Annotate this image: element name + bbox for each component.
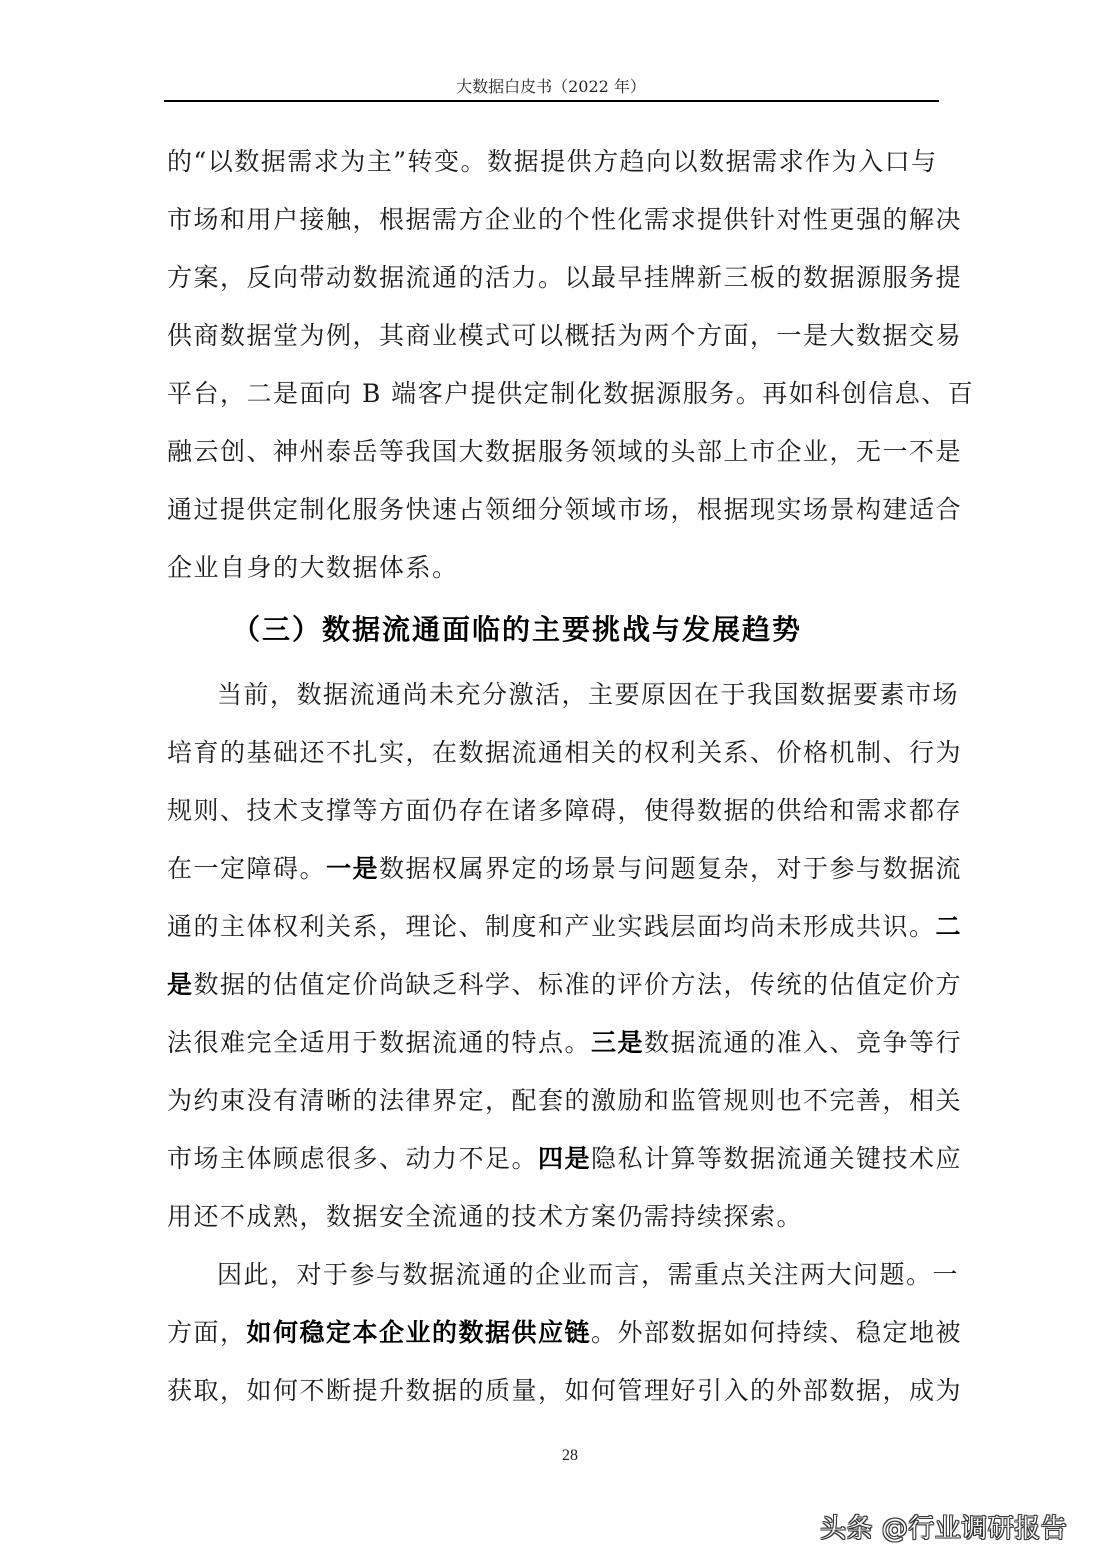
text-run: 在一定障碍。 — [167, 854, 326, 883]
text-line: 的“以数据需求为主”转变。数据提供方趋向以数据需求作为入口与 — [167, 145, 935, 179]
text-run: 隐私计算等数据流通关键技术应 — [591, 1144, 962, 1173]
text-run: 法很难完全适用于数据流通的特点。 — [167, 1028, 591, 1057]
bold-marker: 二 — [936, 912, 963, 941]
bold-marker: 四是 — [538, 1144, 591, 1173]
text-run: 。外部数据如何持续、稳定地被 — [591, 1318, 962, 1347]
text-line: 用还不成熟，数据安全流通的技术方案仍需持续探索。 — [167, 1200, 935, 1234]
text-line: 法很难完全适用于数据流通的特点。三是数据流通的准入、竞争等行 — [167, 1026, 935, 1060]
text-line: 规则、技术支撑等方面仍存在诸多障碍，使得数据的供给和需求都存 — [167, 794, 935, 828]
text-run: 通的主体权利关系，理论、制度和产业实践层面均尚未形成共识。 — [167, 912, 936, 941]
bold-marker: 是 — [167, 970, 194, 999]
text-line: 因此，对于参与数据流通的企业而言，需重点关注两大问题。一 — [167, 1258, 935, 1292]
text-line: 获取，如何不断提升数据的质量，如何管理好引入的外部数据，成为 — [167, 1374, 935, 1408]
text-run: 数据流通的准入、竞争等行 — [644, 1028, 962, 1057]
text-line: 供商数据堂为例，其商业模式可以概括为两个方面，一是大数据交易 — [167, 319, 935, 353]
text-line: 平台，二是面向 B 端客户提供定制化数据源服务。再如科创信息、百 — [167, 377, 935, 411]
header-rule — [164, 100, 939, 102]
page-header: 大数据白皮书（2022 年） — [164, 76, 938, 98]
text-line: 是数据的估值定价尚缺乏科学、标准的评价方法，传统的估值定价方 — [167, 968, 935, 1002]
text-line: 通过提供定制化服务快速占领细分领域市场，根据现实场景构建适合 — [167, 493, 935, 527]
text-line: 企业自身的大数据体系。 — [167, 551, 935, 585]
text-line: 市场主体顾虑很多、动力不足。四是隐私计算等数据流通关键技术应 — [167, 1142, 935, 1176]
bold-phrase: 如何稳定本企业的数据供应链 — [247, 1318, 592, 1347]
text-line: 在一定障碍。一是数据权属界定的场景与问题复杂，对于参与数据流 — [167, 852, 935, 886]
text-run: 方面， — [167, 1318, 247, 1347]
text-line: 市场和用户接触，根据需方企业的个性化需求提供针对性更强的解决 — [167, 203, 935, 237]
text-line: 当前，数据流通尚未充分激活，主要原因在于我国数据要素市场 — [167, 678, 935, 712]
text-line: 为约束没有清晰的法律界定，配套的激励和监管规则也不完善，相关 — [167, 1084, 935, 1118]
text-run: 数据的估值定价尚缺乏科学、标准的评价方法，传统的估值定价方 — [194, 970, 963, 999]
page-number: 28 — [562, 1447, 578, 1465]
text-line: 方案，反向带动数据流通的活力。以最早挂牌新三板的数据源服务提 — [167, 261, 935, 295]
section-heading: （三）数据流通面临的主要挑战与发展趋势 — [232, 612, 802, 648]
text-line: 方面，如何稳定本企业的数据供应链。外部数据如何持续、稳定地被 — [167, 1316, 935, 1350]
text-line: 培育的基础还不扎实，在数据流通相关的权利关系、价格机制、行为 — [167, 736, 935, 770]
text-run: 市场主体顾虑很多、动力不足。 — [167, 1144, 538, 1173]
watermark: 头条 @行业调研报告 — [820, 1508, 1067, 1545]
text-line: 融云创、神州泰岳等我国大数据服务领域的头部上市企业，无一不是 — [167, 435, 935, 469]
bold-marker: 三是 — [591, 1028, 644, 1057]
text-run: 数据权属界定的场景与问题复杂，对于参与数据流 — [379, 854, 962, 883]
text-line: 通的主体权利关系，理论、制度和产业实践层面均尚未形成共识。二 — [167, 910, 935, 944]
bold-marker: 一是 — [326, 854, 379, 883]
